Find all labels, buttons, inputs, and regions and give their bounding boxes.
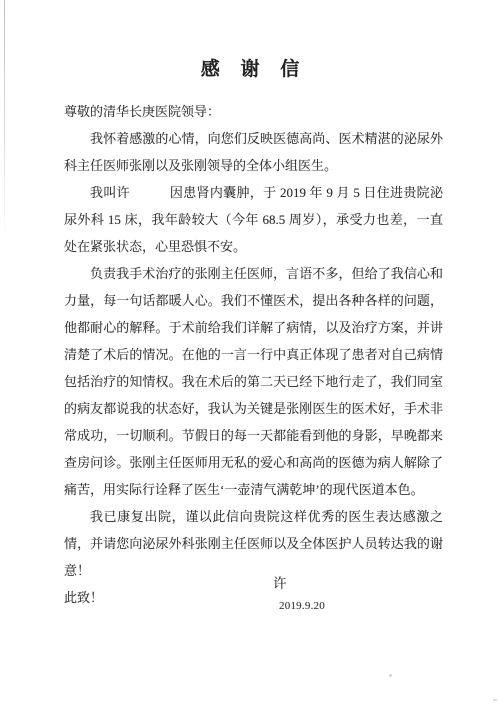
scan-speck xyxy=(389,674,392,677)
scan-speck xyxy=(493,699,497,701)
signature-date: 2019.9.20 xyxy=(279,600,325,613)
closing-line: 此致！ xyxy=(64,584,443,611)
letter-body: 尊敬的清华长庚医院领导： 我怀着感激的心情，向您们反映医德高尚、医术精湛的泌尿外… xyxy=(64,98,443,611)
paragraph-gratitude: 我已康复出院，谨以此信向贵院这样优秀的医生表达感激之情，并请您向泌尿外科张刚主任… xyxy=(64,503,443,584)
paragraph-intro: 我怀着感激的心情，向您们反映医德高尚、医术精湛的泌尿外科主任医师张刚以及张刚领导… xyxy=(64,125,443,179)
paragraph-doctor-praise: 负责我手术治疗的张刚主任医师，言语不多，但给了我信心和力量，每一句话都暖人心。我… xyxy=(64,260,443,503)
paragraph-patient-info: 我叫许 因患肾内囊肿，于 2019 年 9 月 5 日住进贵院泌尿外科 15 床… xyxy=(64,179,443,260)
letter-title: 感 谢 信 xyxy=(0,58,500,82)
signature-name: 许 xyxy=(273,576,287,592)
salutation-line: 尊敬的清华长庚医院领导： xyxy=(64,98,443,125)
scanned-thank-you-letter-page: 感 谢 信 尊敬的清华长庚医院领导： 我怀着感激的心情，向您们反映医德高尚、医术… xyxy=(0,0,500,707)
scan-edge-artifact xyxy=(4,0,5,242)
